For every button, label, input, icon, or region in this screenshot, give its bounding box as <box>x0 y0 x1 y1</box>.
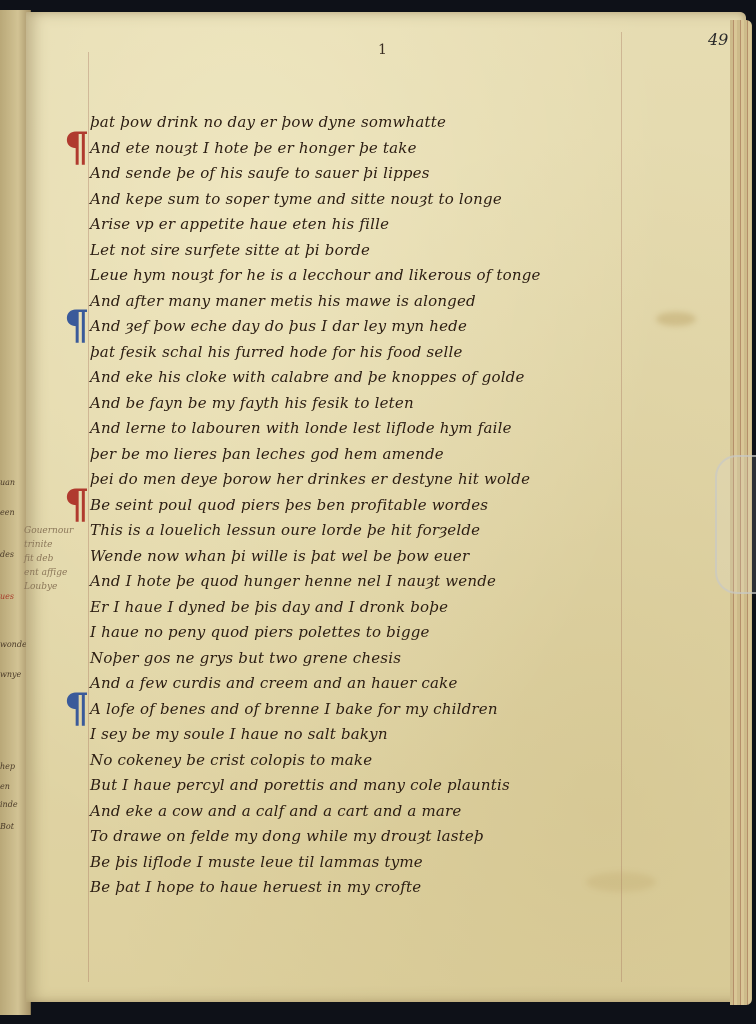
marginal-scribble-line: Loubye <box>24 580 73 594</box>
paraph-mark-icon: ¶ <box>64 128 89 168</box>
manuscript-line: Wende now whan þi wille is þat wel be þo… <box>90 544 650 570</box>
manuscript-line: To drawe on felde my dong while my drouȝ… <box>90 824 650 850</box>
page-clip <box>715 455 756 594</box>
manuscript-line: A lofe of benes and of brenne I bake for… <box>90 697 650 723</box>
manuscript-line: Arise vp er appetite haue eten his fille <box>90 212 650 238</box>
manuscript-line: No cokeney be crist colopis to make <box>90 748 650 774</box>
manuscript-line: þer be mo lieres þan leches god hem amen… <box>90 442 650 468</box>
facing-page-note: een <box>0 508 15 517</box>
manuscript-line: This is a louelich lessun oure lorde þe … <box>90 518 650 544</box>
manuscript-line: And I hote þe quod hunger henne nel I na… <box>90 569 650 595</box>
manuscript-line: And a few curdis and creem and an hauer … <box>90 671 650 697</box>
facing-page-note: ues <box>0 592 14 601</box>
text-block: þat þow drink no day er þow dyne somwhat… <box>90 110 650 901</box>
inner-margin-scribble: Gouernourtrinitefit debent affigeLoubye <box>24 524 73 594</box>
manuscript-line: I sey be my soule I haue no salt bakyn <box>90 722 650 748</box>
manuscript-line: Be þis liflode I muste leue til lammas t… <box>90 850 650 876</box>
manuscript-line: And sende þe of his saufe to sauer þi li… <box>90 161 650 187</box>
manuscript-line: þat þow drink no day er þow dyne somwhat… <box>90 110 650 136</box>
manuscript-line: þat fesik schal his furred hode for his … <box>90 340 650 366</box>
paraph-mark-icon: ¶ <box>64 306 89 346</box>
paraph-mark-icon: ¶ <box>64 485 89 525</box>
manuscript-line: Be þat I hope to haue heruest in my crof… <box>90 875 650 901</box>
manuscript-line: And after many maner metis his mawe is a… <box>90 289 650 315</box>
manuscript-line: Er I haue I dyned be þis day and I dronk… <box>90 595 650 621</box>
facing-page-note: des <box>0 550 14 559</box>
marginal-scribble-line: trinite <box>24 538 73 552</box>
manuscript-line: Noþer gos ne grys but two grene chesis <box>90 646 650 672</box>
manuscript-line: And lerne to labouren with londe lest li… <box>90 416 650 442</box>
stain <box>656 312 696 326</box>
manuscript-line: Be seint poul quod piers þes ben profita… <box>90 493 650 519</box>
paraph-mark-icon: ¶ <box>64 689 89 729</box>
marginal-scribble-line: fit deb <box>24 552 73 566</box>
facing-page-note: inde <box>0 800 18 809</box>
manuscript-line: I haue no peny quod piers polettes to bi… <box>90 620 650 646</box>
manuscript-line: þei do men deye þorow her drinkes er des… <box>90 467 650 493</box>
manuscript-line: And ete nouȝt I hote þe er honger þe tak… <box>90 136 650 162</box>
facing-page-note: Bot <box>0 822 14 831</box>
marginal-scribble-line: ent affige <box>24 566 73 580</box>
facing-page-note: hep <box>0 762 15 771</box>
manuscript-line: And be fayn be my fayth his fesik to let… <box>90 391 650 417</box>
manuscript-line: And kepe sum to soper tyme and sitte nou… <box>90 187 650 213</box>
facing-page-note: wnye <box>0 670 21 679</box>
manuscript-line: Let not sire surfete sitte at þi borde <box>90 238 650 264</box>
manuscript-line: And eke a cow and a calf and a cart and … <box>90 799 650 825</box>
manuscript-line: And ȝef þow eche day do þus I dar ley my… <box>90 314 650 340</box>
folio-number: 49 <box>708 30 728 49</box>
facing-page-note: uan <box>0 478 15 487</box>
facing-page-note: en <box>0 782 10 791</box>
manuscript-line: But I haue percyl and porettis and many … <box>90 773 650 799</box>
manuscript-line: And eke his cloke with calabre and þe kn… <box>90 365 650 391</box>
manuscript-line: Leue hym nouȝt for he is a lecchour and … <box>90 263 650 289</box>
quire-mark: 1 <box>378 42 387 58</box>
